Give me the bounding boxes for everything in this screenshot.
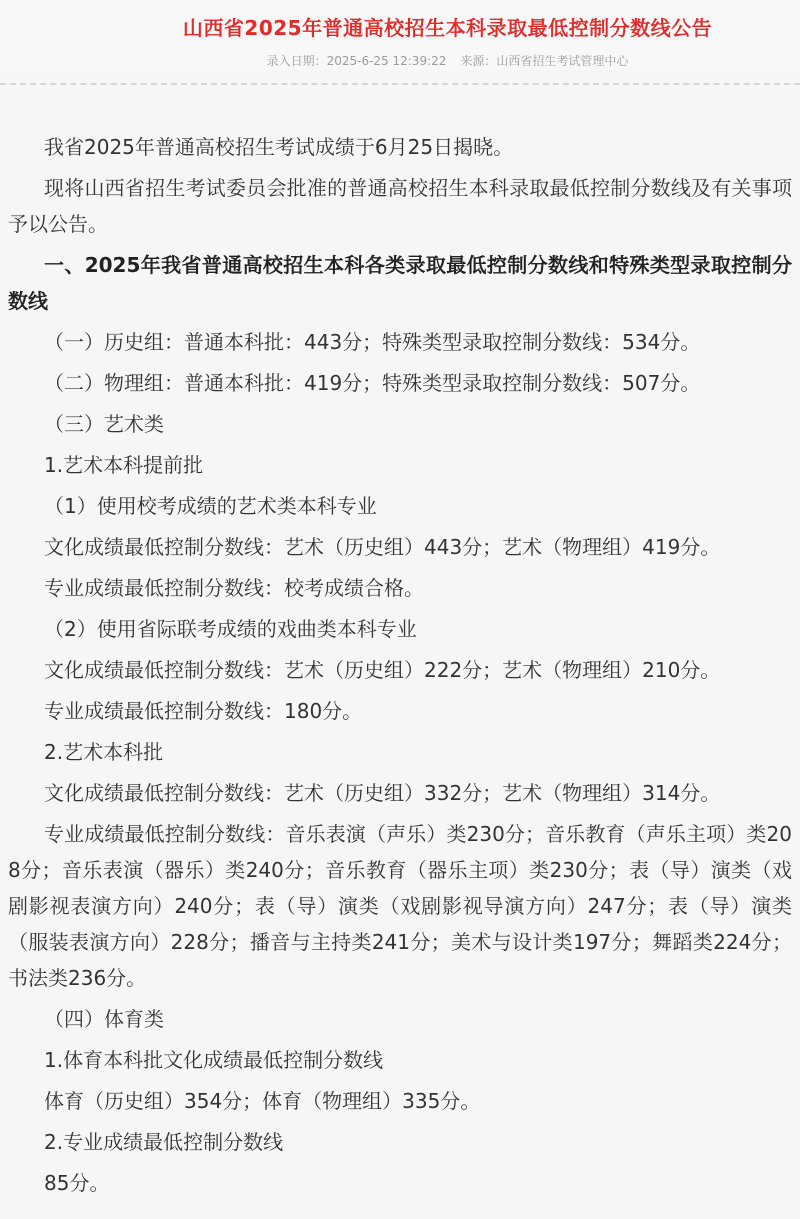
- paragraph: （三）艺术类: [8, 406, 792, 442]
- paragraph: 体育（历史组）354分；体育（物理组）335分。: [8, 1083, 792, 1119]
- paragraph: 文化成绩最低控制分数线：艺术（历史组）332分；艺术（物理组）314分。: [8, 775, 792, 811]
- paragraph: （二）物理组：普通本科批：419分；特殊类型录取控制分数线：507分。: [8, 365, 792, 401]
- source-label: 来源：: [460, 54, 496, 68]
- content: 我省2025年普通高校招生考试成绩于6月25日揭晓。现将山西省招生考试委员会批准…: [0, 85, 800, 1201]
- paragraph: （一）历史组：普通本科批：443分；特殊类型录取控制分数线：534分。: [8, 324, 792, 360]
- paragraph: 1.艺术本科提前批: [8, 447, 792, 483]
- announcement-header: 山西省2025年普通高校招生本科录取最低控制分数线公告 录入日期：2025-6-…: [0, 0, 800, 70]
- page-title: 山西省2025年普通高校招生本科录取最低控制分数线公告: [95, 13, 800, 43]
- paragraph: 2.艺术本科批: [8, 734, 792, 770]
- paragraph: 专业成绩最低控制分数线：音乐表演（声乐）类230分；音乐教育（声乐主项）类208…: [8, 816, 792, 996]
- paragraph: （1）使用校考成绩的艺术类本科专业: [8, 488, 792, 524]
- paragraph: 85分。: [8, 1165, 792, 1201]
- paragraph: 我省2025年普通高校招生考试成绩于6月25日揭晓。: [8, 129, 792, 165]
- entry-date-label: 录入日期：: [267, 54, 327, 68]
- announcement-page: 山西省2025年普通高校招生本科录取最低控制分数线公告 录入日期：2025-6-…: [0, 0, 800, 1219]
- paragraph: （2）使用省际联考成绩的戏曲类本科专业: [8, 611, 792, 647]
- paragraph: 现将山西省招生考试委员会批准的普通高校招生本科录取最低控制分数线及有关事项予以公…: [8, 170, 792, 242]
- paragraph: （四）体育类: [8, 1001, 792, 1037]
- paragraph: 专业成绩最低控制分数线：180分。: [8, 693, 792, 729]
- section-heading: 一、2025年我省普通高校招生本科各类录取最低控制分数线和特殊类型录取控制分数线: [8, 247, 792, 319]
- paragraph: 2.专业成绩最低控制分数线: [8, 1124, 792, 1160]
- paragraph: 文化成绩最低控制分数线：艺术（历史组）443分；艺术（物理组）419分。: [8, 529, 792, 565]
- paragraph: 专业成绩最低控制分数线：校考成绩合格。: [8, 570, 792, 606]
- meta-line: 录入日期：2025-6-25 12:39:22来源：山西省招生考试管理中心: [95, 52, 800, 70]
- source-value: 山西省招生考试管理中心: [496, 54, 628, 68]
- paragraph: 文化成绩最低控制分数线：艺术（历史组）222分；艺术（物理组）210分。: [8, 652, 792, 688]
- entry-date-value: 2025-6-25 12:39:22: [327, 54, 447, 68]
- paragraph: 1.体育本科批文化成绩最低控制分数线: [8, 1042, 792, 1078]
